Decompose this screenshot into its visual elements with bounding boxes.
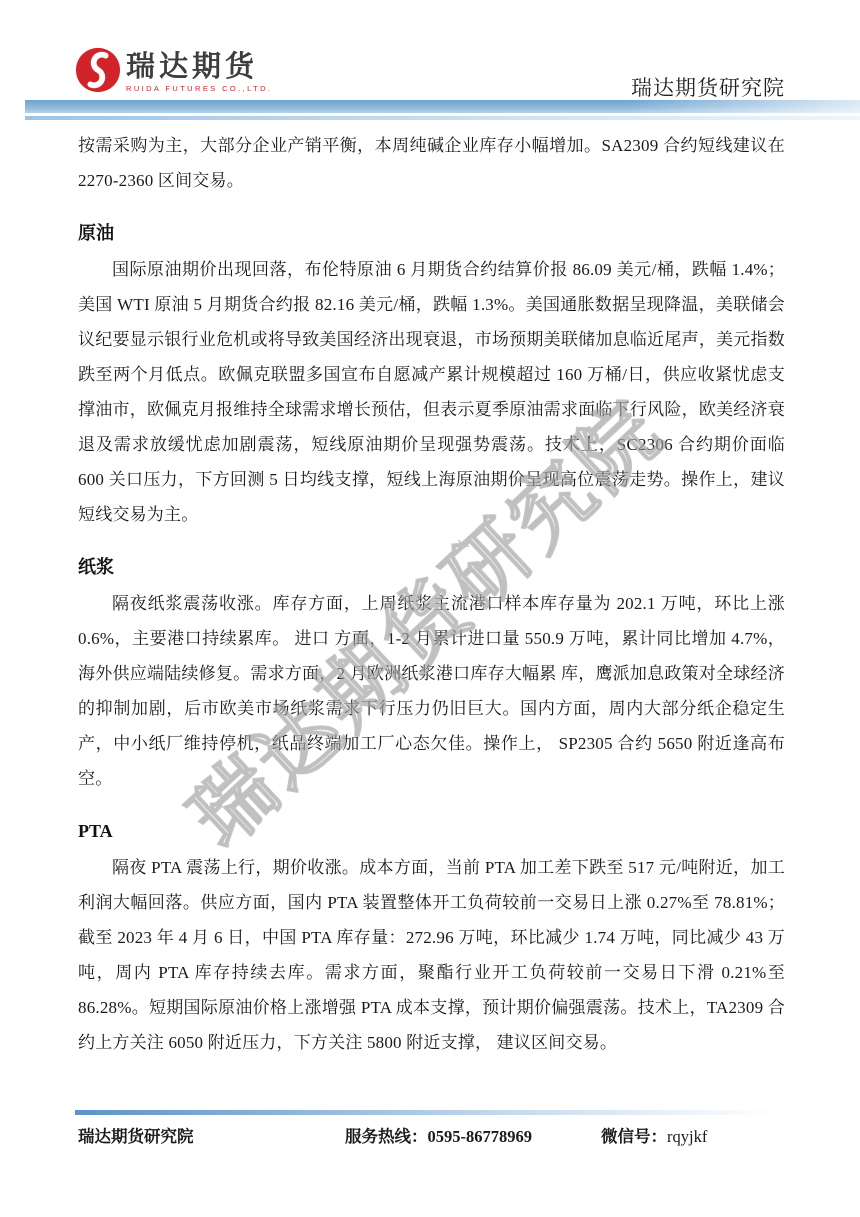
header-divider-thin-line bbox=[25, 116, 860, 120]
section-heading-pta: PTA bbox=[78, 818, 785, 844]
section-heading-pulp: 纸浆 bbox=[78, 554, 785, 580]
intro-paragraph: 按需采购为主，大部分企业产销平衡，本周纯碱企业库存小幅增加。SA2309 合约短… bbox=[78, 128, 785, 198]
brand-name-en: RUIDA FUTURES CO.,LTD. bbox=[126, 84, 272, 93]
section-body-pta: 隔夜 PTA 震荡上行，期价收涨。成本方面，当前 PTA 加工差下跌至 517 … bbox=[78, 850, 785, 1060]
footer: 瑞达期货研究院 服务热线：0595-86778969 微信号：rqyjkf bbox=[0, 1123, 860, 1147]
report-page: 瑞达期货 RUIDA FUTURES CO.,LTD. 瑞达期货研究院 按需采购… bbox=[0, 0, 860, 1217]
logo-text-block: 瑞达期货 RUIDA FUTURES CO.,LTD. bbox=[126, 46, 272, 93]
footer-wechat-label: 微信号： bbox=[601, 1127, 667, 1146]
footer-wechat: 微信号：rqyjkf bbox=[601, 1123, 707, 1147]
header-institute-title: 瑞达期货研究院 bbox=[631, 72, 785, 102]
section-heading-crude-oil: 原油 bbox=[78, 220, 785, 246]
ruida-logo-icon bbox=[74, 46, 122, 94]
footer-hotline-label: 服务热线： bbox=[345, 1127, 428, 1146]
footer-hotline-number: 0595-86778969 bbox=[428, 1127, 533, 1146]
report-content: 按需采购为主，大部分企业产销平衡，本周纯碱企业库存小幅增加。SA2309 合约短… bbox=[78, 128, 785, 1060]
footer-institute: 瑞达期货研究院 bbox=[78, 1123, 194, 1147]
header-divider-bar bbox=[25, 100, 860, 113]
footer-divider-line bbox=[75, 1110, 787, 1115]
footer-hotline: 服务热线：0595-86778969 bbox=[345, 1123, 532, 1147]
company-logo: 瑞达期货 RUIDA FUTURES CO.,LTD. bbox=[74, 46, 272, 94]
section-body-crude-oil: 国际原油期价出现回落，布伦特原油 6 月期货合约结算价报 86.09 美元/桶，… bbox=[78, 252, 785, 532]
footer-wechat-id: rqyjkf bbox=[667, 1127, 707, 1146]
brand-name-cn: 瑞达期货 bbox=[126, 52, 272, 82]
section-body-pulp: 隔夜纸浆震荡收涨。库存方面，上周纸浆主流港口样本库存量为 202.1 万吨，环比… bbox=[78, 586, 785, 796]
